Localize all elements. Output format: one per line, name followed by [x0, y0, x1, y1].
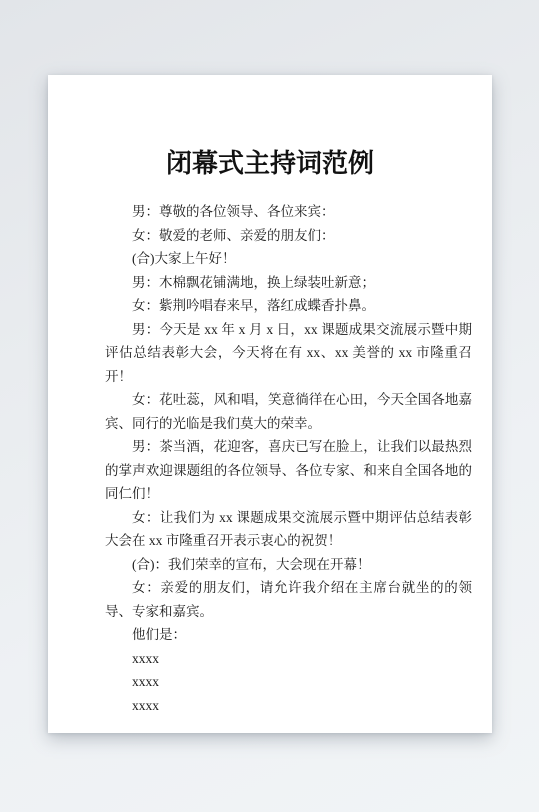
paragraph-male-announce-date: 男：今天是 xx 年 x 月 x 日，xx 课题成果交流展示暨中期评估总结表彰大…: [105, 318, 472, 389]
paragraph-they-are: 他们是：: [105, 623, 472, 647]
paragraph-female-congrats: 女：让我们为 xx 课题成果交流展示暨中期评估总结表彰大会在 xx 市隆重召开表…: [105, 506, 472, 553]
paragraph-male-verse: 男：木棉飘花铺满地，换上绿装吐新意；: [105, 271, 472, 295]
paragraph-female-introduce: 女：亲爱的朋友们，请允许我介绍在主席台就坐的的领导、专家和嘉宾。: [105, 576, 472, 623]
paragraph-joint-open: (合)：我们荣幸的宣布，大会现在开幕！: [105, 553, 472, 577]
paragraph-female-welcome: 女：花吐蕊，风和唱，笑意徜徉在心田，今天全国各地嘉宾、同行的光临是我们莫大的荣幸…: [105, 388, 472, 435]
document-title: 闭幕式主持词范例: [48, 145, 492, 181]
paragraph-placeholder-2: xxxx: [105, 670, 472, 694]
paragraph-placeholder-3: xxxx: [105, 694, 472, 718]
paragraph-female-greeting: 女：敬爱的老师、亲爱的朋友们：: [105, 224, 472, 248]
document-page: 闭幕式主持词范例 男：尊敬的各位领导、各位来宾： 女：敬爱的老师、亲爱的朋友们：…: [48, 75, 492, 733]
paragraph-placeholder-1: xxxx: [105, 647, 472, 671]
paragraph-male-applause: 男：茶当酒，花迎客，喜庆已写在脸上，让我们以最热烈的掌声欢迎课题组的各位领导、各…: [105, 435, 472, 506]
paragraph-female-verse: 女：紫荆吟唱春来早，落红成蝶香扑鼻。: [105, 294, 472, 318]
paragraph-joint-greeting: (合)大家上午好！: [105, 247, 472, 271]
document-content: 闭幕式主持词范例 男：尊敬的各位领导、各位来宾： 女：敬爱的老师、亲爱的朋友们：…: [48, 75, 492, 733]
canvas-background: 闭幕式主持词范例 男：尊敬的各位领导、各位来宾： 女：敬爱的老师、亲爱的朋友们：…: [0, 0, 539, 812]
paragraph-male-greeting: 男：尊敬的各位领导、各位来宾：: [105, 200, 472, 224]
